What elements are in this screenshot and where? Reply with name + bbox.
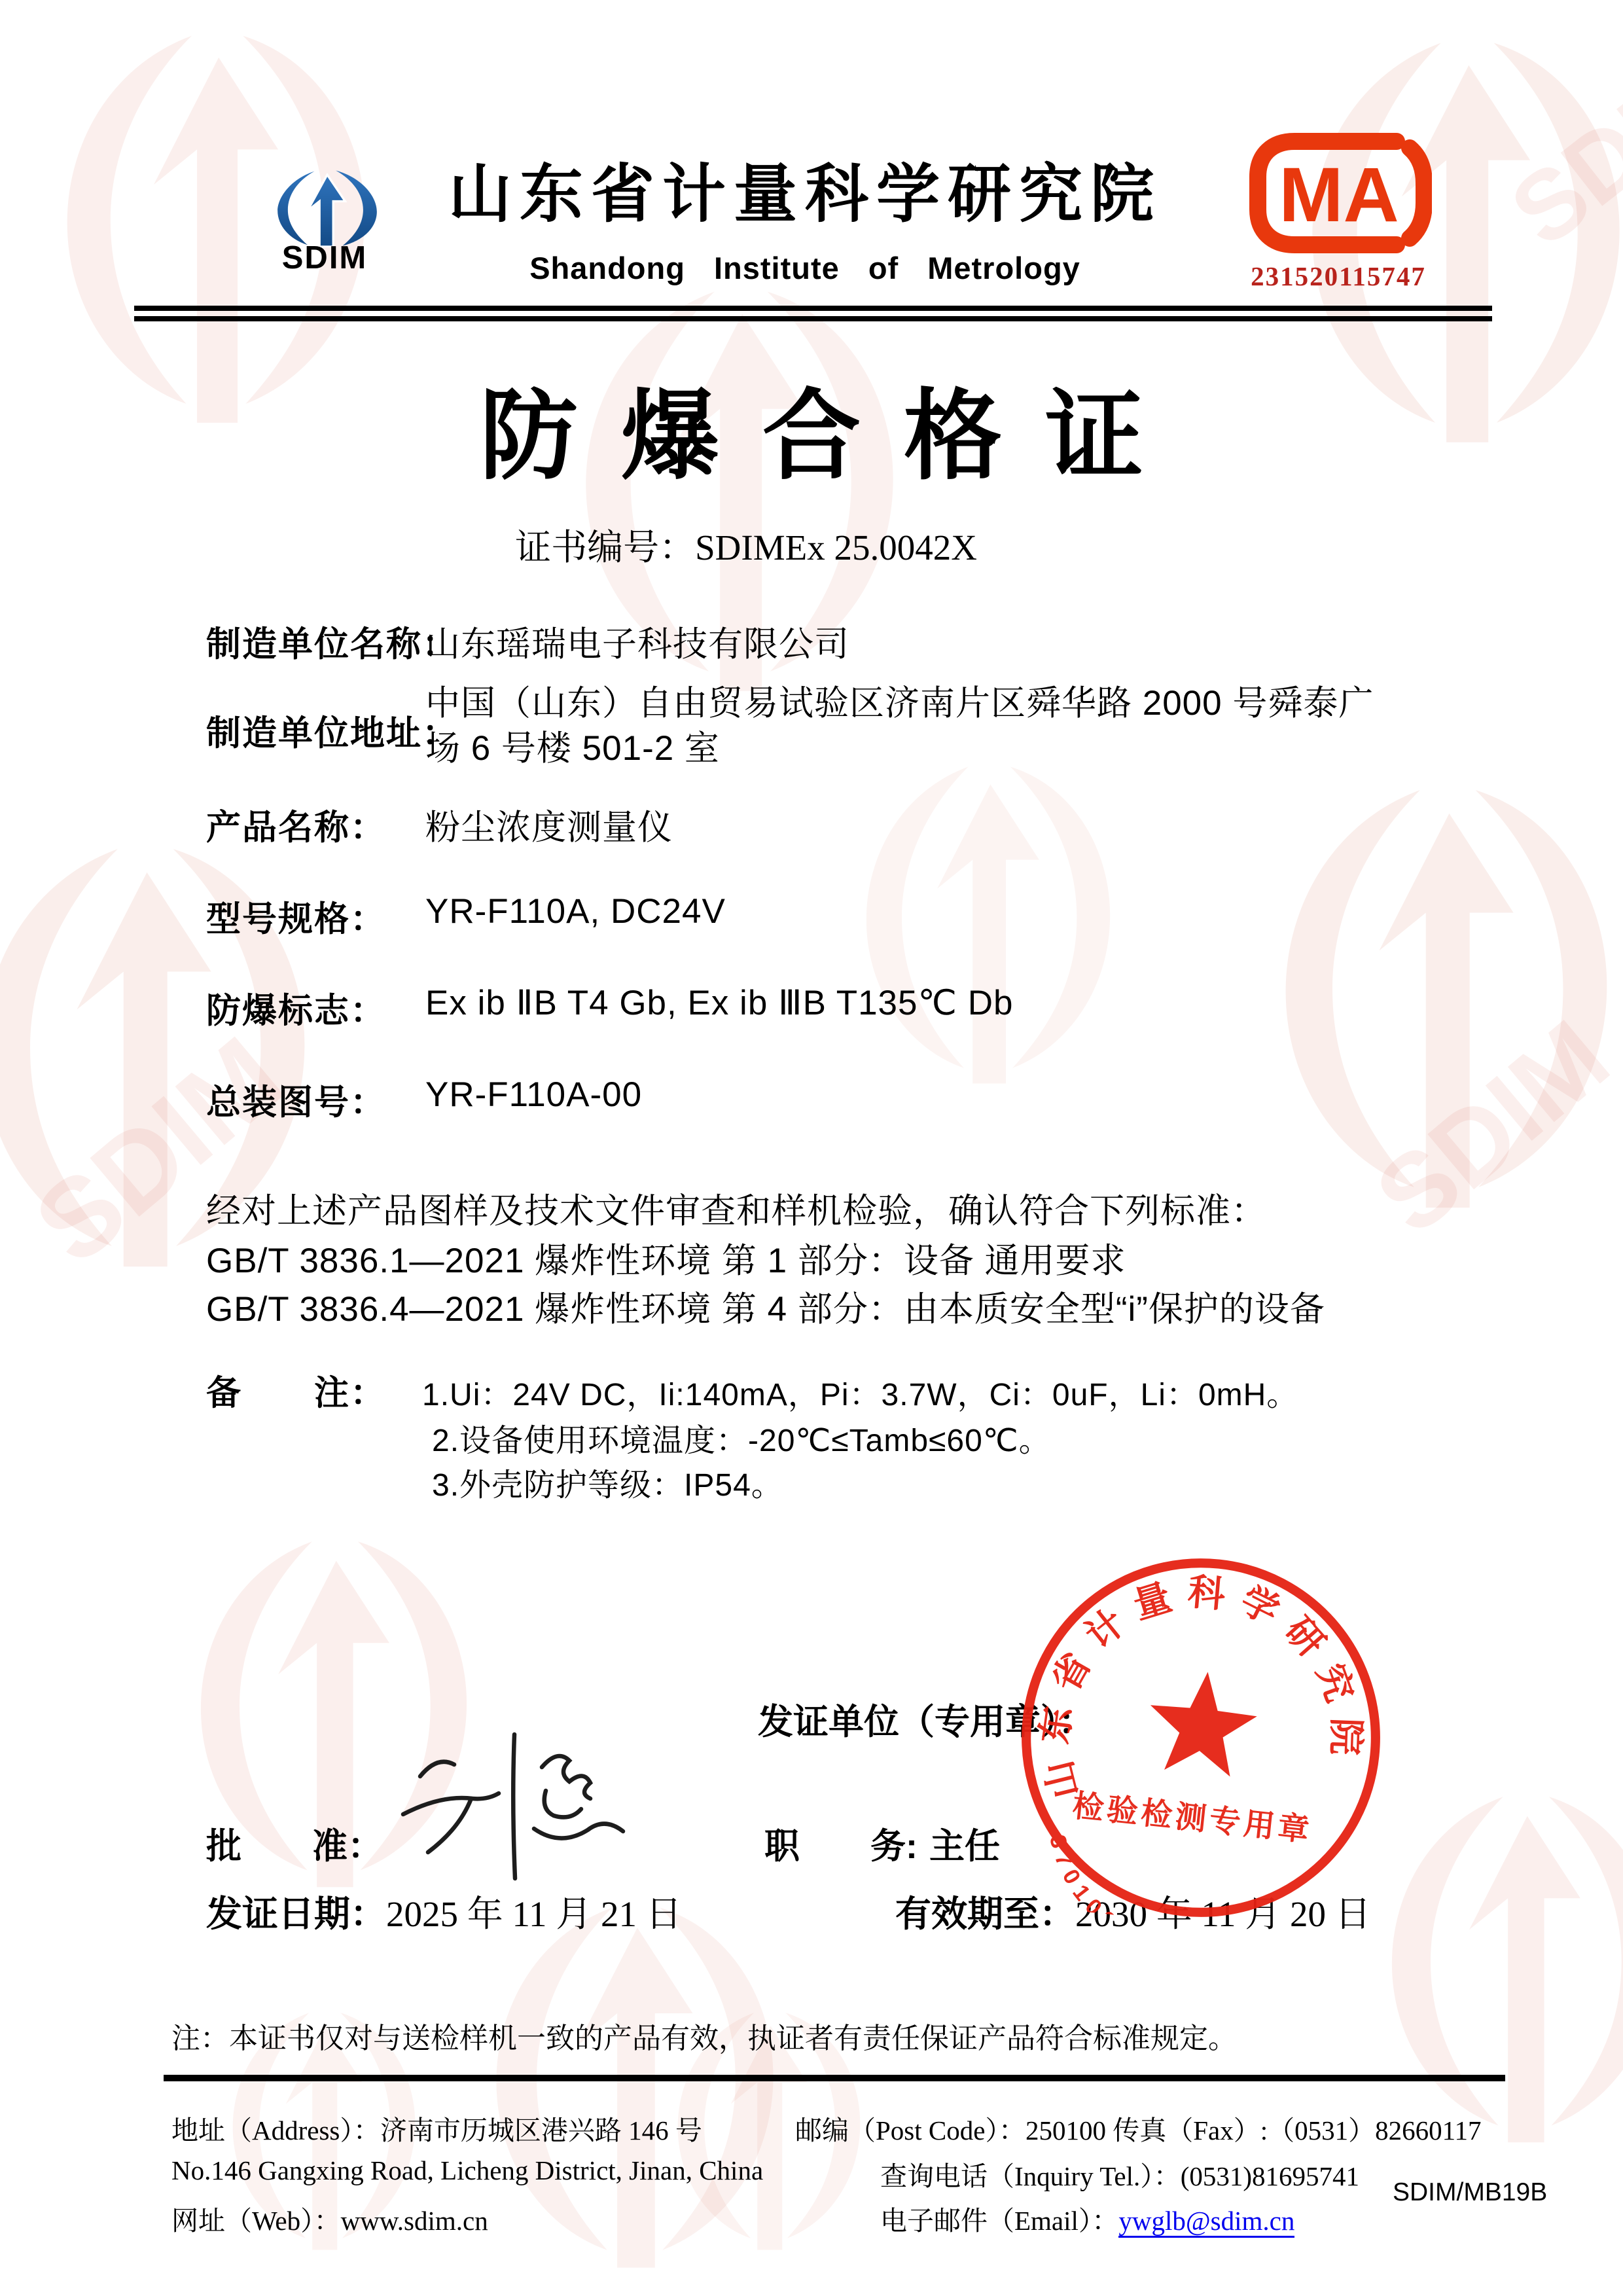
footer-rule: [164, 2075, 1505, 2081]
approver-signature: [393, 1729, 648, 1893]
field-value-ex-marking: Ex ib ⅡB T4 Gb, Ex ib ⅢB T135℃ Db: [425, 983, 1014, 1023]
footer-web-value: www.sdim.cn: [341, 2206, 488, 2236]
field-label-product: 产品名称：: [206, 800, 386, 850]
footer-email-link[interactable]: ywglb@sdim.cn: [1118, 2206, 1294, 2238]
footer-address-cn: 地址（Address）：济南市历城区港兴路 146 号: [171, 2109, 702, 2147]
document-code: SDIM/MB19B: [1393, 2178, 1547, 2207]
seal-star-icon: [1144, 1666, 1261, 1779]
remarks-item-1: 1.Ui：24V DC，Ii:140mA，Pi：3.7W，Ci：0uF，Li：0…: [422, 1369, 1298, 1414]
cma-mark-letters: MA: [1279, 152, 1399, 238]
certificate-page: SDIM SDIM SDIM SDIM 山东省计量科学研究院 Shandong …: [0, 0, 1623, 2296]
field-label-address: 制造单位地址：: [206, 706, 458, 755]
position-row: 职 务:主任: [764, 1818, 1000, 1869]
watermark-sdim-text: SDIM: [1489, 28, 1623, 268]
footer-inquiry-tel: 查询电话（Inquiry Tel.）：(0531)81695741: [880, 2155, 1359, 2193]
field-value-address-line1: 中国（山东）自由贸易试验区济南片区舜华路 2000 号舜泰广: [425, 681, 1374, 726]
footer-address-en: No.146 Gangxing Road, Licheng District, …: [171, 2155, 763, 2186]
sdim-logo-icon: [272, 169, 383, 251]
watermark-sdim-logo: [471, 1892, 798, 2271]
position-value: 主任: [929, 1827, 1000, 1866]
certificate-number-value: SDIMEx 25.0042X: [695, 528, 977, 567]
field-value-address-line2: 场 6 号楼 501-2 室: [425, 726, 1374, 771]
certificate-number-label: 证书编号：: [515, 528, 695, 567]
field-value-product: 粉尘浓度测量仪: [425, 800, 673, 850]
footer-web-label: 网址（Web）：: [171, 2206, 341, 2236]
org-title-en: Shandong Institute of Metrology: [419, 250, 1191, 286]
cma-number: 231520115747: [1230, 260, 1446, 292]
watermark-sdim-logo: [844, 753, 1132, 1086]
field-value-manufacturer: 山东瑶瑞电子科技有限公司: [425, 617, 849, 666]
field-label-manufacturer: 制造单位名称：: [206, 617, 458, 666]
sdim-logo-word: SDIM: [259, 240, 390, 276]
issue-date-value: 2025 年 11 月 21 日: [386, 1894, 682, 1934]
remarks-label: 备 注：: [206, 1365, 386, 1415]
standards-line-2: GB/T 3836.4—2021 爆炸性环境 第 4 部分：由本质安全型“i”保…: [206, 1282, 1325, 1331]
certificate-number: 证书编号：SDIMEx 25.0042X: [0, 518, 1492, 570]
header-rule-bottom: [134, 316, 1492, 321]
watermark-sdim-logo: [1257, 772, 1623, 1211]
official-seal: 山东省计量科学研究院 检验检测专用章 3701027344331: [997, 1534, 1404, 1941]
certificate-title: 防爆合格证: [0, 357, 1623, 498]
cma-mark-icon: MA: [1249, 131, 1432, 259]
standards-intro: 经对上述产品图样及技术文件审查和样机检验，确认符合下列标准：: [206, 1183, 1266, 1233]
field-label-ex-marking: 防爆标志：: [206, 983, 386, 1033]
standards-line-1: GB/T 3836.1—2021 爆炸性环境 第 1 部分：设备 通用要求: [206, 1233, 1126, 1283]
header-rule-top: [134, 306, 1492, 311]
approve-label: 批 准：: [206, 1818, 383, 1869]
field-value-model: YR-F110A, DC24V: [425, 891, 726, 931]
watermark-sdim-text: SDIM: [1353, 997, 1623, 1257]
field-label-assembly-drawing: 总装图号：: [206, 1075, 386, 1124]
field-label-model: 型号规格：: [206, 891, 386, 941]
field-value-assembly-drawing: YR-F110A-00: [425, 1075, 642, 1115]
remarks-item-3: 3.外壳防护等级：IP54。: [432, 1460, 783, 1505]
org-title-cn: 山东省计量科学研究院: [419, 143, 1191, 234]
footer-postcode-fax: 邮编（Post Code）：250100 传真（Fax）:（0531）82660…: [795, 2109, 1482, 2147]
field-value-address: 中国（山东）自由贸易试验区济南片区舜华路 2000 号舜泰广 场 6 号楼 50…: [425, 681, 1374, 771]
issue-date-label: 发证日期：: [206, 1893, 386, 1934]
watermark-sdim-logo: [1368, 1780, 1623, 2147]
footer-email-row: 电子邮件（Email）：ywglb@sdim.cn: [880, 2199, 1294, 2238]
seal-center-text: 检验检测专用章: [1071, 1788, 1314, 1848]
footer-email-label: 电子邮件（Email）：: [880, 2206, 1118, 2236]
remarks-item-2: 2.设备使用环境温度：-20℃≤Tamb≤60℃。: [432, 1415, 1051, 1460]
footer-web-row: 网址（Web）：www.sdim.cn: [171, 2199, 488, 2238]
validity-note: 注：本证书仅对与送检样机一致的产品有效，执证者有责任保证产品符合标准规定。: [171, 2015, 1237, 2056]
position-label: 职 务:: [764, 1827, 918, 1866]
